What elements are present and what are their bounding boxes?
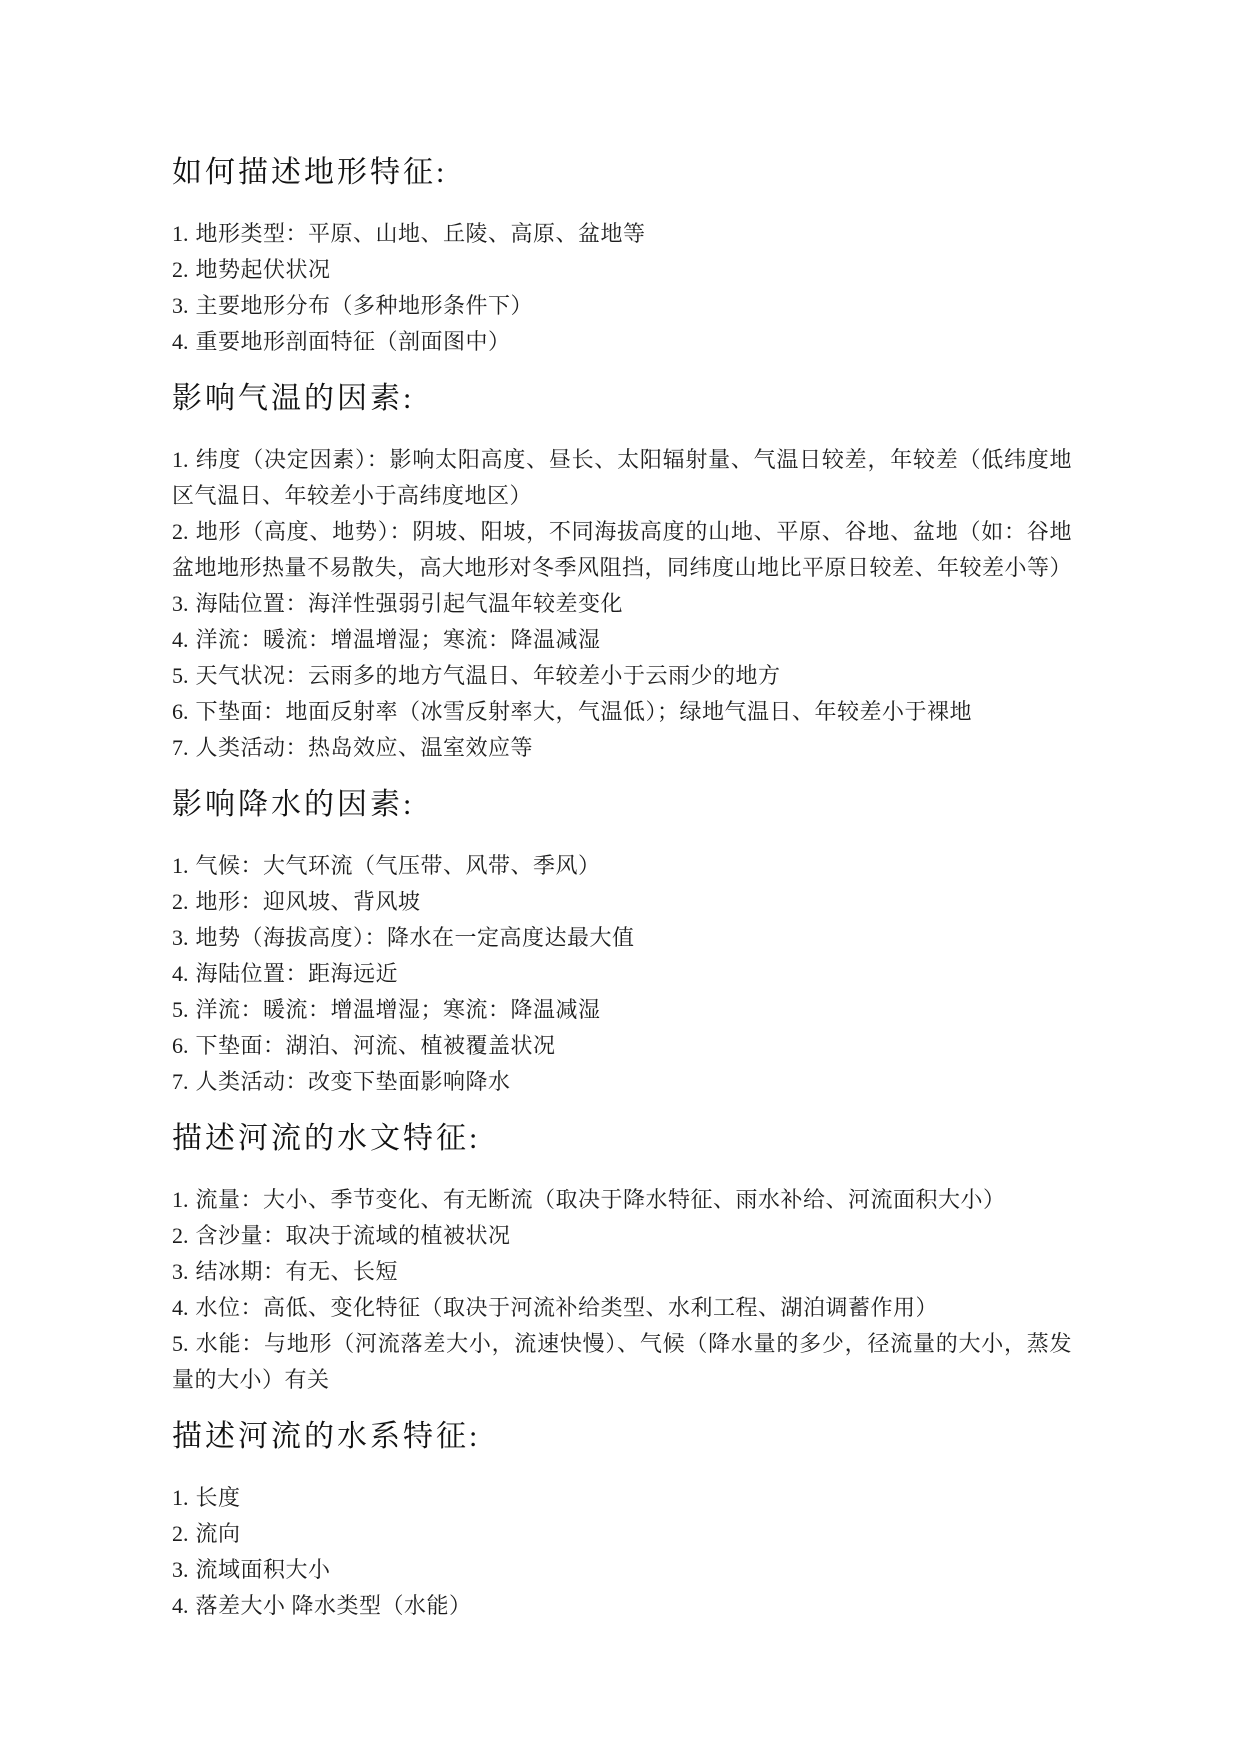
list-item: 7.人类活动：改变下垫面影响降水 <box>172 1064 1072 1100</box>
item-text: 海陆位置：距海远近 <box>196 961 399 986</box>
list-item: 3.结冰期：有无、长短 <box>172 1254 1072 1290</box>
document-page: 如何描述地形特征: 1.地形类型：平原、山地、丘陵、高原、盆地等 2.地势起伏状… <box>0 0 1241 1754</box>
item-text: 人类活动：热岛效应、温室效应等 <box>196 735 534 760</box>
section-temperature-factors: 影响气温的因素: 1.纬度（决定因素）：影响太阳高度、昼长、太阳辐射量、气温日较… <box>172 376 1072 766</box>
item-text: 水位：高低、变化特征（取决于河流补给类型、水利工程、湖泊调蓄作用） <box>196 1295 939 1320</box>
item-text: 下垫面：地面反射率（冰雪反射率大，气温低）；绿地气温日、年较差小于裸地 <box>196 699 973 724</box>
list-item: 6.下垫面：湖泊、河流、植被覆盖状况 <box>172 1028 1072 1064</box>
item-number: 1. <box>172 221 189 246</box>
item-text: 流向 <box>196 1521 241 1546</box>
item-number: 2. <box>172 257 189 282</box>
item-text: 地形类型：平原、山地、丘陵、高原、盆地等 <box>196 221 646 246</box>
item-text: 人类活动：改变下垫面影响降水 <box>196 1069 511 1094</box>
list-item: 6.下垫面：地面反射率（冰雪反射率大，气温低）；绿地气温日、年较差小于裸地 <box>172 694 1072 730</box>
section-heading: 如何描述地形特征: <box>172 150 1072 196</box>
item-number: 2. <box>172 1521 189 1546</box>
list-item: 4.水位：高低、变化特征（取决于河流补给类型、水利工程、湖泊调蓄作用） <box>172 1290 1072 1326</box>
item-text: 长度 <box>196 1485 241 1510</box>
section-river-hydrology-features: 描述河流的水文特征: 1.流量：大小、季节变化、有无断流（取决于降水特征、雨水补… <box>172 1116 1072 1398</box>
list-item: 3.地势（海拔高度）：降水在一定高度达最大值 <box>172 920 1072 956</box>
list-item: 4.落差大小 降水类型（水能） <box>172 1588 1072 1624</box>
item-text: 地势（海拔高度）：降水在一定高度达最大值 <box>196 925 635 950</box>
list-item: 1.地形类型：平原、山地、丘陵、高原、盆地等 <box>172 216 1072 252</box>
section-heading: 影响降水的因素: <box>172 782 1072 828</box>
list-item: 3.海陆位置：海洋性强弱引起气温年较差变化 <box>172 586 1072 622</box>
list-item: 4.重要地形剖面特征（剖面图中） <box>172 324 1072 360</box>
item-number: 5. <box>172 663 189 688</box>
list-item: 3.主要地形分布（多种地形条件下） <box>172 288 1072 324</box>
item-number: 2. <box>172 1223 189 1248</box>
item-number: 7. <box>172 735 189 760</box>
item-text: 水能：与地形（河流落差大小，流速快慢）、气候（降水量的多少，径流量的大小，蒸发量… <box>172 1331 1072 1392</box>
list-item: 1.长度 <box>172 1480 1072 1516</box>
section-heading: 描述河流的水文特征: <box>172 1116 1072 1162</box>
list-item: 1.气候：大气环流（气压带、风带、季风） <box>172 848 1072 884</box>
item-number: 4. <box>172 1593 189 1618</box>
list-item: 5.水能：与地形（河流落差大小，流速快慢）、气候（降水量的多少，径流量的大小，蒸… <box>172 1326 1072 1398</box>
list-item: 4.洋流：暖流：增温增湿；寒流：降温减湿 <box>172 622 1072 658</box>
item-number: 1. <box>172 447 189 472</box>
item-text: 地势起伏状况 <box>196 257 331 282</box>
item-number: 4. <box>172 329 189 354</box>
item-number: 4. <box>172 1295 189 1320</box>
list-item: 2.地形（高度、地势）：阴坡、阳坡，不同海拔高度的山地、平原、谷地、盆地（如：谷… <box>172 514 1072 586</box>
list-item: 2.流向 <box>172 1516 1072 1552</box>
section-precipitation-factors: 影响降水的因素: 1.气候：大气环流（气压带、风带、季风） 2.地形：迎风坡、背… <box>172 782 1072 1100</box>
section-terrain-features: 如何描述地形特征: 1.地形类型：平原、山地、丘陵、高原、盆地等 2.地势起伏状… <box>172 150 1072 360</box>
item-text: 结冰期：有无、长短 <box>196 1259 399 1284</box>
item-number: 3. <box>172 293 189 318</box>
item-text: 天气状况：云雨多的地方气温日、年较差小于云雨少的地方 <box>196 663 781 688</box>
section-heading: 影响气温的因素: <box>172 376 1072 422</box>
list-item: 2.地势起伏状况 <box>172 252 1072 288</box>
item-number: 3. <box>172 1557 189 1582</box>
list-item: 2.含沙量：取决于流域的植被状况 <box>172 1218 1072 1254</box>
item-number: 5. <box>172 1331 189 1356</box>
item-number: 2. <box>172 519 189 544</box>
item-text: 流域面积大小 <box>196 1557 331 1582</box>
item-text: 气候：大气环流（气压带、风带、季风） <box>196 853 601 878</box>
list-item: 1.纬度（决定因素）：影响太阳高度、昼长、太阳辐射量、气温日较差，年较差（低纬度… <box>172 442 1072 514</box>
item-text: 洋流：暖流：增温增湿；寒流：降温减湿 <box>196 627 601 652</box>
item-number: 2. <box>172 889 189 914</box>
list-item: 4.海陆位置：距海远近 <box>172 956 1072 992</box>
item-text: 地形（高度、地势）：阴坡、阳坡，不同海拔高度的山地、平原、谷地、盆地（如：谷地盆… <box>172 519 1072 580</box>
list-item: 7.人类活动：热岛效应、温室效应等 <box>172 730 1072 766</box>
item-text: 纬度（决定因素）：影响太阳高度、昼长、太阳辐射量、气温日较差，年较差（低纬度地区… <box>172 447 1072 508</box>
item-number: 6. <box>172 1033 189 1058</box>
item-text: 地形：迎风坡、背风坡 <box>196 889 421 914</box>
item-text: 海陆位置：海洋性强弱引起气温年较差变化 <box>196 591 624 616</box>
item-number: 4. <box>172 627 189 652</box>
section-river-system-features: 描述河流的水系特征: 1.长度 2.流向 3.流域面积大小 4.落差大小 降水类… <box>172 1414 1072 1624</box>
item-text: 洋流：暖流：增温增湿；寒流：降温减湿 <box>196 997 601 1022</box>
item-number: 6. <box>172 699 189 724</box>
item-text: 流量：大小、季节变化、有无断流（取决于降水特征、雨水补给、河流面积大小） <box>196 1187 1006 1212</box>
list-item: 5.天气状况：云雨多的地方气温日、年较差小于云雨少的地方 <box>172 658 1072 694</box>
item-number: 3. <box>172 925 189 950</box>
item-text: 下垫面：湖泊、河流、植被覆盖状况 <box>196 1033 556 1058</box>
item-text: 重要地形剖面特征（剖面图中） <box>196 329 511 354</box>
item-number: 1. <box>172 1187 189 1212</box>
list-item: 1.流量：大小、季节变化、有无断流（取决于降水特征、雨水补给、河流面积大小） <box>172 1182 1072 1218</box>
item-number: 7. <box>172 1069 189 1094</box>
item-number: 3. <box>172 591 189 616</box>
section-heading: 描述河流的水系特征: <box>172 1414 1072 1460</box>
item-number: 5. <box>172 997 189 1022</box>
item-text: 含沙量：取决于流域的植被状况 <box>196 1223 511 1248</box>
item-number: 1. <box>172 853 189 878</box>
list-item: 2.地形：迎风坡、背风坡 <box>172 884 1072 920</box>
item-number: 3. <box>172 1259 189 1284</box>
list-item: 5.洋流：暖流：增温增湿；寒流：降温减湿 <box>172 992 1072 1028</box>
item-number: 1. <box>172 1485 189 1510</box>
item-text: 主要地形分布（多种地形条件下） <box>196 293 534 318</box>
item-text: 落差大小 降水类型（水能） <box>196 1593 472 1618</box>
list-item: 3.流域面积大小 <box>172 1552 1072 1588</box>
item-number: 4. <box>172 961 189 986</box>
